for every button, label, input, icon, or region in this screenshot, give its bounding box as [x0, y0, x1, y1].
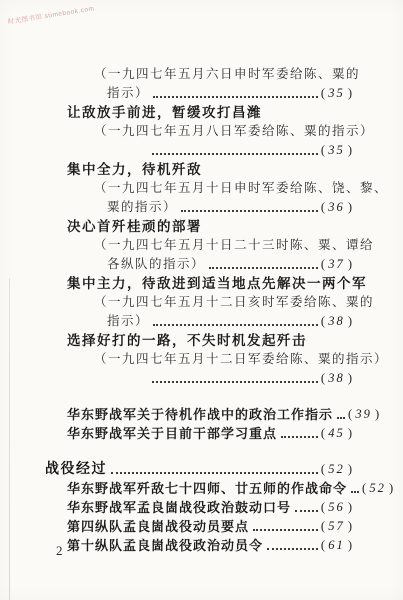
toc-entry: 粟的指示）36 — [107, 198, 352, 217]
toc-entry-text: 战役经过 — [45, 460, 107, 479]
toc-entry: 38 — [148, 369, 352, 388]
toc-entry-page: 45 — [321, 424, 352, 443]
toc-entry-page: 35 — [321, 141, 352, 160]
dot-leader — [111, 472, 318, 474]
toc-entry-text: 集中主力，待敌进到适当地点先解决一两个军 — [67, 274, 367, 293]
toc-entry-text: 选择好打的一路，不失时机发起歼击 — [67, 331, 307, 350]
dot-leader — [295, 510, 318, 512]
toc-entry: 华东野战军关于待机作战中的政治工作指示39 — [67, 405, 352, 424]
toc-entry: 指示）35 — [107, 84, 352, 103]
toc-entry-text: （一九四七年五月十二日亥时军委给陈、粟的 — [94, 293, 374, 312]
dot-leader — [153, 96, 318, 98]
toc-entry-page: 36 — [321, 198, 352, 217]
toc-entry: 华东野战军关于目前干部学习重点45 — [67, 424, 352, 443]
toc-entry-text: 让敌放手前进，暂缓攻打昌潍 — [67, 103, 262, 122]
toc-entry: 让敌放手前进，暂缓攻打昌潍 — [67, 103, 352, 122]
toc-entry-page: 52 — [321, 460, 352, 479]
toc-entry-text: 华东野战军歼敌七十四师、廿五师的作战命令 — [67, 479, 347, 498]
toc-entry-page: 37 — [321, 255, 352, 274]
dot-leader — [152, 153, 318, 155]
toc-entry: 各纵队的指示）37 — [107, 255, 352, 274]
toc-entry: （一九四七年五月十日二十三时陈、粟、谭给 — [94, 236, 352, 255]
toc-entry-text: 各纵队的指示） — [107, 255, 205, 274]
toc-entry-text: （一九四七年五月六日申时军委给陈、粟的 — [94, 65, 360, 84]
toc-entry-text: 华东野战军孟良崮战役政治鼓动口号 — [67, 498, 291, 517]
dot-leader — [351, 491, 359, 493]
toc-entry: （一九四七年五月十二日军委给陈、粟的指示） — [94, 350, 352, 369]
toc-entry: 指示）38 — [107, 312, 352, 331]
toc-entry-text: （一九四七年五月十日申时军委给陈、饶、黎、 — [94, 179, 388, 198]
toc-entry-page: 52 — [362, 479, 393, 498]
toc-entry: 35 — [148, 141, 352, 160]
toc-entry: 华东野战军歼敌七十四师、廿五师的作战命令52 — [67, 479, 352, 498]
dot-leader — [267, 548, 318, 550]
toc-entry: 决心首歼桂顽的部署 — [67, 217, 352, 236]
toc-entry-text: 粟的指示） — [107, 198, 177, 217]
toc-entry-text: 指示） — [107, 84, 149, 103]
toc-entry: 选择好打的一路，不失时机发起歼击 — [67, 331, 352, 350]
toc-entry-text: 第十纵队孟良崮战役政治动员令 — [67, 536, 263, 555]
toc-entry-text: 第四纵队孟良崮战役动员要点 — [67, 517, 249, 536]
toc-entry: （一九四七年五月八日军委给陈、粟的指示） — [94, 122, 352, 141]
page-number-folio: 2 — [56, 543, 63, 559]
toc-list: （一九四七年五月六日申时军委给陈、粟的指示）35让敌放手前进，暂缓攻打昌潍（一九… — [0, 0, 403, 555]
toc-entry-page: 57 — [321, 517, 352, 536]
dot-leader — [209, 267, 318, 269]
dot-leader — [253, 529, 318, 531]
dot-leader — [281, 436, 318, 438]
toc-entry-page: 35 — [321, 84, 352, 103]
book-page: 时光图书馆 stimebook.com （一九四七年五月六日申时军委给陈、粟的指… — [0, 0, 403, 600]
toc-entry-text: 华东野战军关于目前干部学习重点 — [67, 424, 277, 443]
toc-entry-page: 56 — [321, 498, 352, 517]
toc-entry: （一九四七年五月十日申时军委给陈、饶、黎、 — [94, 179, 352, 198]
toc-entry-text: 决心首歼桂顽的部署 — [67, 217, 202, 236]
dot-leader — [337, 417, 345, 419]
toc-entry-text: 指示） — [107, 312, 149, 331]
toc-entry-page: 39 — [348, 405, 379, 424]
toc-entry-text: （一九四七年五月十二日军委给陈、粟的指示） — [94, 350, 388, 369]
dot-leader — [153, 324, 318, 326]
toc-entry-page: 61 — [321, 536, 352, 555]
toc-entry-text: 集中全力，待机歼敌 — [67, 160, 202, 179]
toc-entry: 第四纵队孟良崮战役动员要点57 — [67, 517, 352, 536]
toc-entry: （一九四七年五月十二日亥时军委给陈、粟的 — [94, 293, 352, 312]
toc-entry: 第十纵队孟良崮战役政治动员令61 — [67, 536, 352, 555]
toc-entry-text: 华东野战军关于待机作战中的政治工作指示 — [67, 405, 333, 424]
toc-entry-text: （一九四七年五月十日二十三时陈、粟、谭给 — [94, 236, 374, 255]
toc-entry-page: 38 — [321, 369, 352, 388]
toc-entry-page: 38 — [321, 312, 352, 331]
toc-entry-text: （一九四七年五月八日军委给陈、粟的指示） — [94, 122, 374, 141]
toc-entry: （一九四七年五月六日申时军委给陈、粟的 — [94, 65, 352, 84]
toc-entry: 集中全力，待机歼敌 — [67, 160, 352, 179]
dot-leader — [181, 210, 318, 212]
toc-entry: 战役经过52 — [45, 460, 352, 479]
dot-leader — [152, 381, 318, 383]
toc-entry: 集中主力，待敌进到适当地点先解决一两个军 — [67, 274, 352, 293]
toc-entry: 华东野战军孟良崮战役政治鼓动口号56 — [67, 498, 352, 517]
